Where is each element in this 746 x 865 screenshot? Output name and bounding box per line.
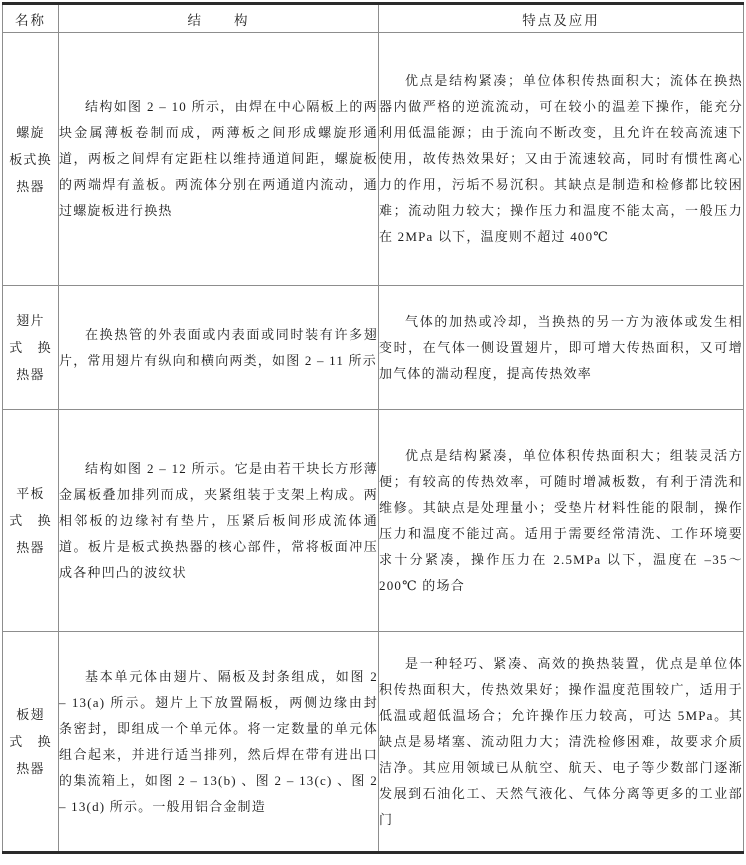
features-cell: 是一种轻巧、紧凑、高效的换热装置，优点是单位体积传热面积大，传热效果好；操作温度… <box>379 632 744 853</box>
table-row: 板翅 式 换 热器 基本单元体由翅片、隔板及封条组成，如图 2 – 13(a) … <box>3 632 744 853</box>
table-header-row: 名称 结 构 特点及应用 <box>3 4 744 33</box>
table-row: 平板 式 换 热器 结构如图 2 – 12 所示。它是由若干块长方形薄金属板叠加… <box>3 410 744 632</box>
structure-paragraph: 基本单元体由翅片、隔板及封条组成，如图 2 – 13(a) 所示。翅片上下放置隔… <box>59 664 378 820</box>
name-cell: 翅片 式 换 热器 <box>3 286 59 410</box>
structure-cell: 基本单元体由翅片、隔板及封条组成，如图 2 – 13(a) 所示。翅片上下放置隔… <box>59 632 379 853</box>
name-cell: 平板 式 换 热器 <box>3 410 59 632</box>
features-paragraph: 气体的加热或冷却，当换热的另一方为液体或发生相变时，在气体一侧设置翅片，即可增大… <box>379 309 743 387</box>
structure-paragraph: 在换热管的外表面或内表面或同时装有许多翅片，常用翅片有纵向和横向两类，如图 2 … <box>59 322 378 374</box>
name-cell: 板翅 式 换 热器 <box>3 632 59 853</box>
name-cell: 螺旋 板式换 热器 <box>3 33 59 286</box>
heat-exchanger-comparison-table: 名称 结 构 特点及应用 螺旋 板式换 热器 结构如图 2 – 10 所示，由焊… <box>2 2 744 854</box>
column-header-features: 特点及应用 <box>379 4 744 33</box>
features-paragraph: 是一种轻巧、紧凑、高效的换热装置，优点是单位体积传热面积大，传热效果好；操作温度… <box>379 651 743 833</box>
structure-cell: 在换热管的外表面或内表面或同时装有许多翅片，常用翅片有纵向和横向两类，如图 2 … <box>59 286 379 410</box>
structure-paragraph: 结构如图 2 – 12 所示。它是由若干块长方形薄金属板叠加排列而成，夹紧组装于… <box>59 456 378 586</box>
features-cell: 优点是结构紧凑，单位体积传热面积大；组装灵活方便；有较高的传热效率，可随时增减板… <box>379 410 744 632</box>
structure-cell: 结构如图 2 – 10 所示，由焊在中心隔板上的两块金属薄板卷制而成，两薄板之间… <box>59 33 379 286</box>
structure-paragraph: 结构如图 2 – 10 所示，由焊在中心隔板上的两块金属薄板卷制而成，两薄板之间… <box>59 94 378 224</box>
features-cell: 优点是结构紧凑；单位体积传热面积大；流体在换热器内做严格的逆流流动，可在较小的温… <box>379 33 744 286</box>
table-row: 螺旋 板式换 热器 结构如图 2 – 10 所示，由焊在中心隔板上的两块金属薄板… <box>3 33 744 286</box>
structure-cell: 结构如图 2 – 12 所示。它是由若干块长方形薄金属板叠加排列而成，夹紧组装于… <box>59 410 379 632</box>
document-page: 名称 结 构 特点及应用 螺旋 板式换 热器 结构如图 2 – 10 所示，由焊… <box>0 0 746 865</box>
column-header-structure: 结 构 <box>59 4 379 33</box>
column-header-name: 名称 <box>3 4 59 33</box>
features-cell: 气体的加热或冷却，当换热的另一方为液体或发生相变时，在气体一侧设置翅片，即可增大… <box>379 286 744 410</box>
features-paragraph: 优点是结构紧凑；单位体积传热面积大；流体在换热器内做严格的逆流流动，可在较小的温… <box>379 68 743 250</box>
features-paragraph: 优点是结构紧凑，单位体积传热面积大；组装灵活方便；有较高的传热效率，可随时增减板… <box>379 443 743 599</box>
table-row: 翅片 式 换 热器 在换热管的外表面或内表面或同时装有许多翅片，常用翅片有纵向和… <box>3 286 744 410</box>
